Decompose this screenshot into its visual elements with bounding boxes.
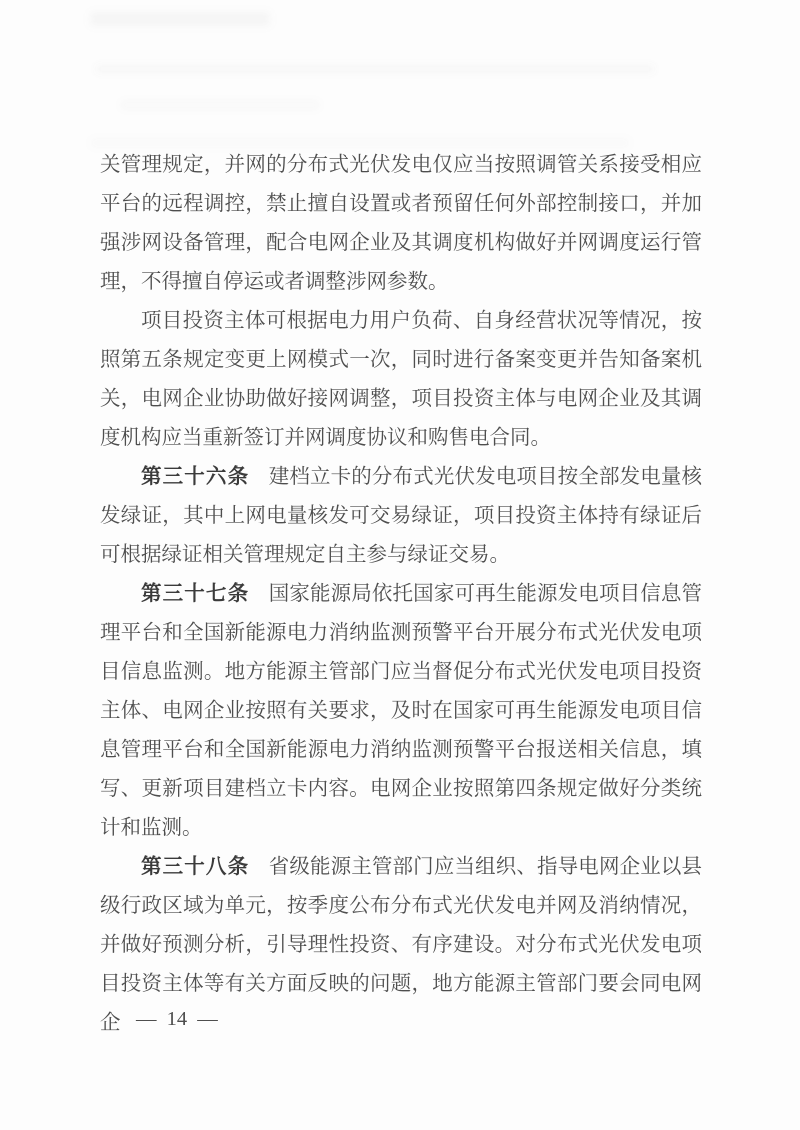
article-number: 第三十七条 — [141, 583, 249, 605]
scan-artifact — [95, 64, 655, 74]
paragraph: 第三十六条建档立卡的分布式光伏发电项目按全部发电量核发绿证，其中上网电量核发可交… — [100, 458, 702, 575]
paragraph-text: 关管理规定，并网的分布式光伏发电仅应当按照调管关系接受相应平台的远程调控，禁止擅… — [100, 154, 702, 293]
article-number: 第三十八条 — [141, 856, 249, 878]
document-body: 关管理规定，并网的分布式光伏发电仅应当按照调管关系接受相应平台的远程调控，禁止擅… — [100, 146, 702, 1043]
document-page: 关管理规定，并网的分布式光伏发电仅应当按照调管关系接受相应平台的远程调控，禁止擅… — [0, 0, 800, 1130]
page-number: — 14 — — [136, 1004, 218, 1034]
scan-artifact — [120, 100, 320, 110]
scan-artifact — [90, 12, 270, 26]
paragraph: 项目投资主体可根据电力用户负荷、自身经营状况等情况，按照第五条规定变更上网模式一… — [100, 302, 702, 458]
paragraph: 关管理规定，并网的分布式光伏发电仅应当按照调管关系接受相应平台的远程调控，禁止擅… — [100, 146, 702, 302]
paragraph: 第三十七条国家能源局依托国家可再生能源发电项目信息管理平台和全国新能源电力消纳监… — [100, 575, 702, 848]
paragraph-text: 国家能源局依托国家可再生能源发电项目信息管理平台和全国新能源电力消纳监测预警平台… — [100, 583, 702, 839]
article-number: 第三十六条 — [141, 466, 249, 488]
paragraph-text: 项目投资主体可根据电力用户负荷、自身经营状况等情况，按照第五条规定变更上网模式一… — [100, 310, 702, 449]
